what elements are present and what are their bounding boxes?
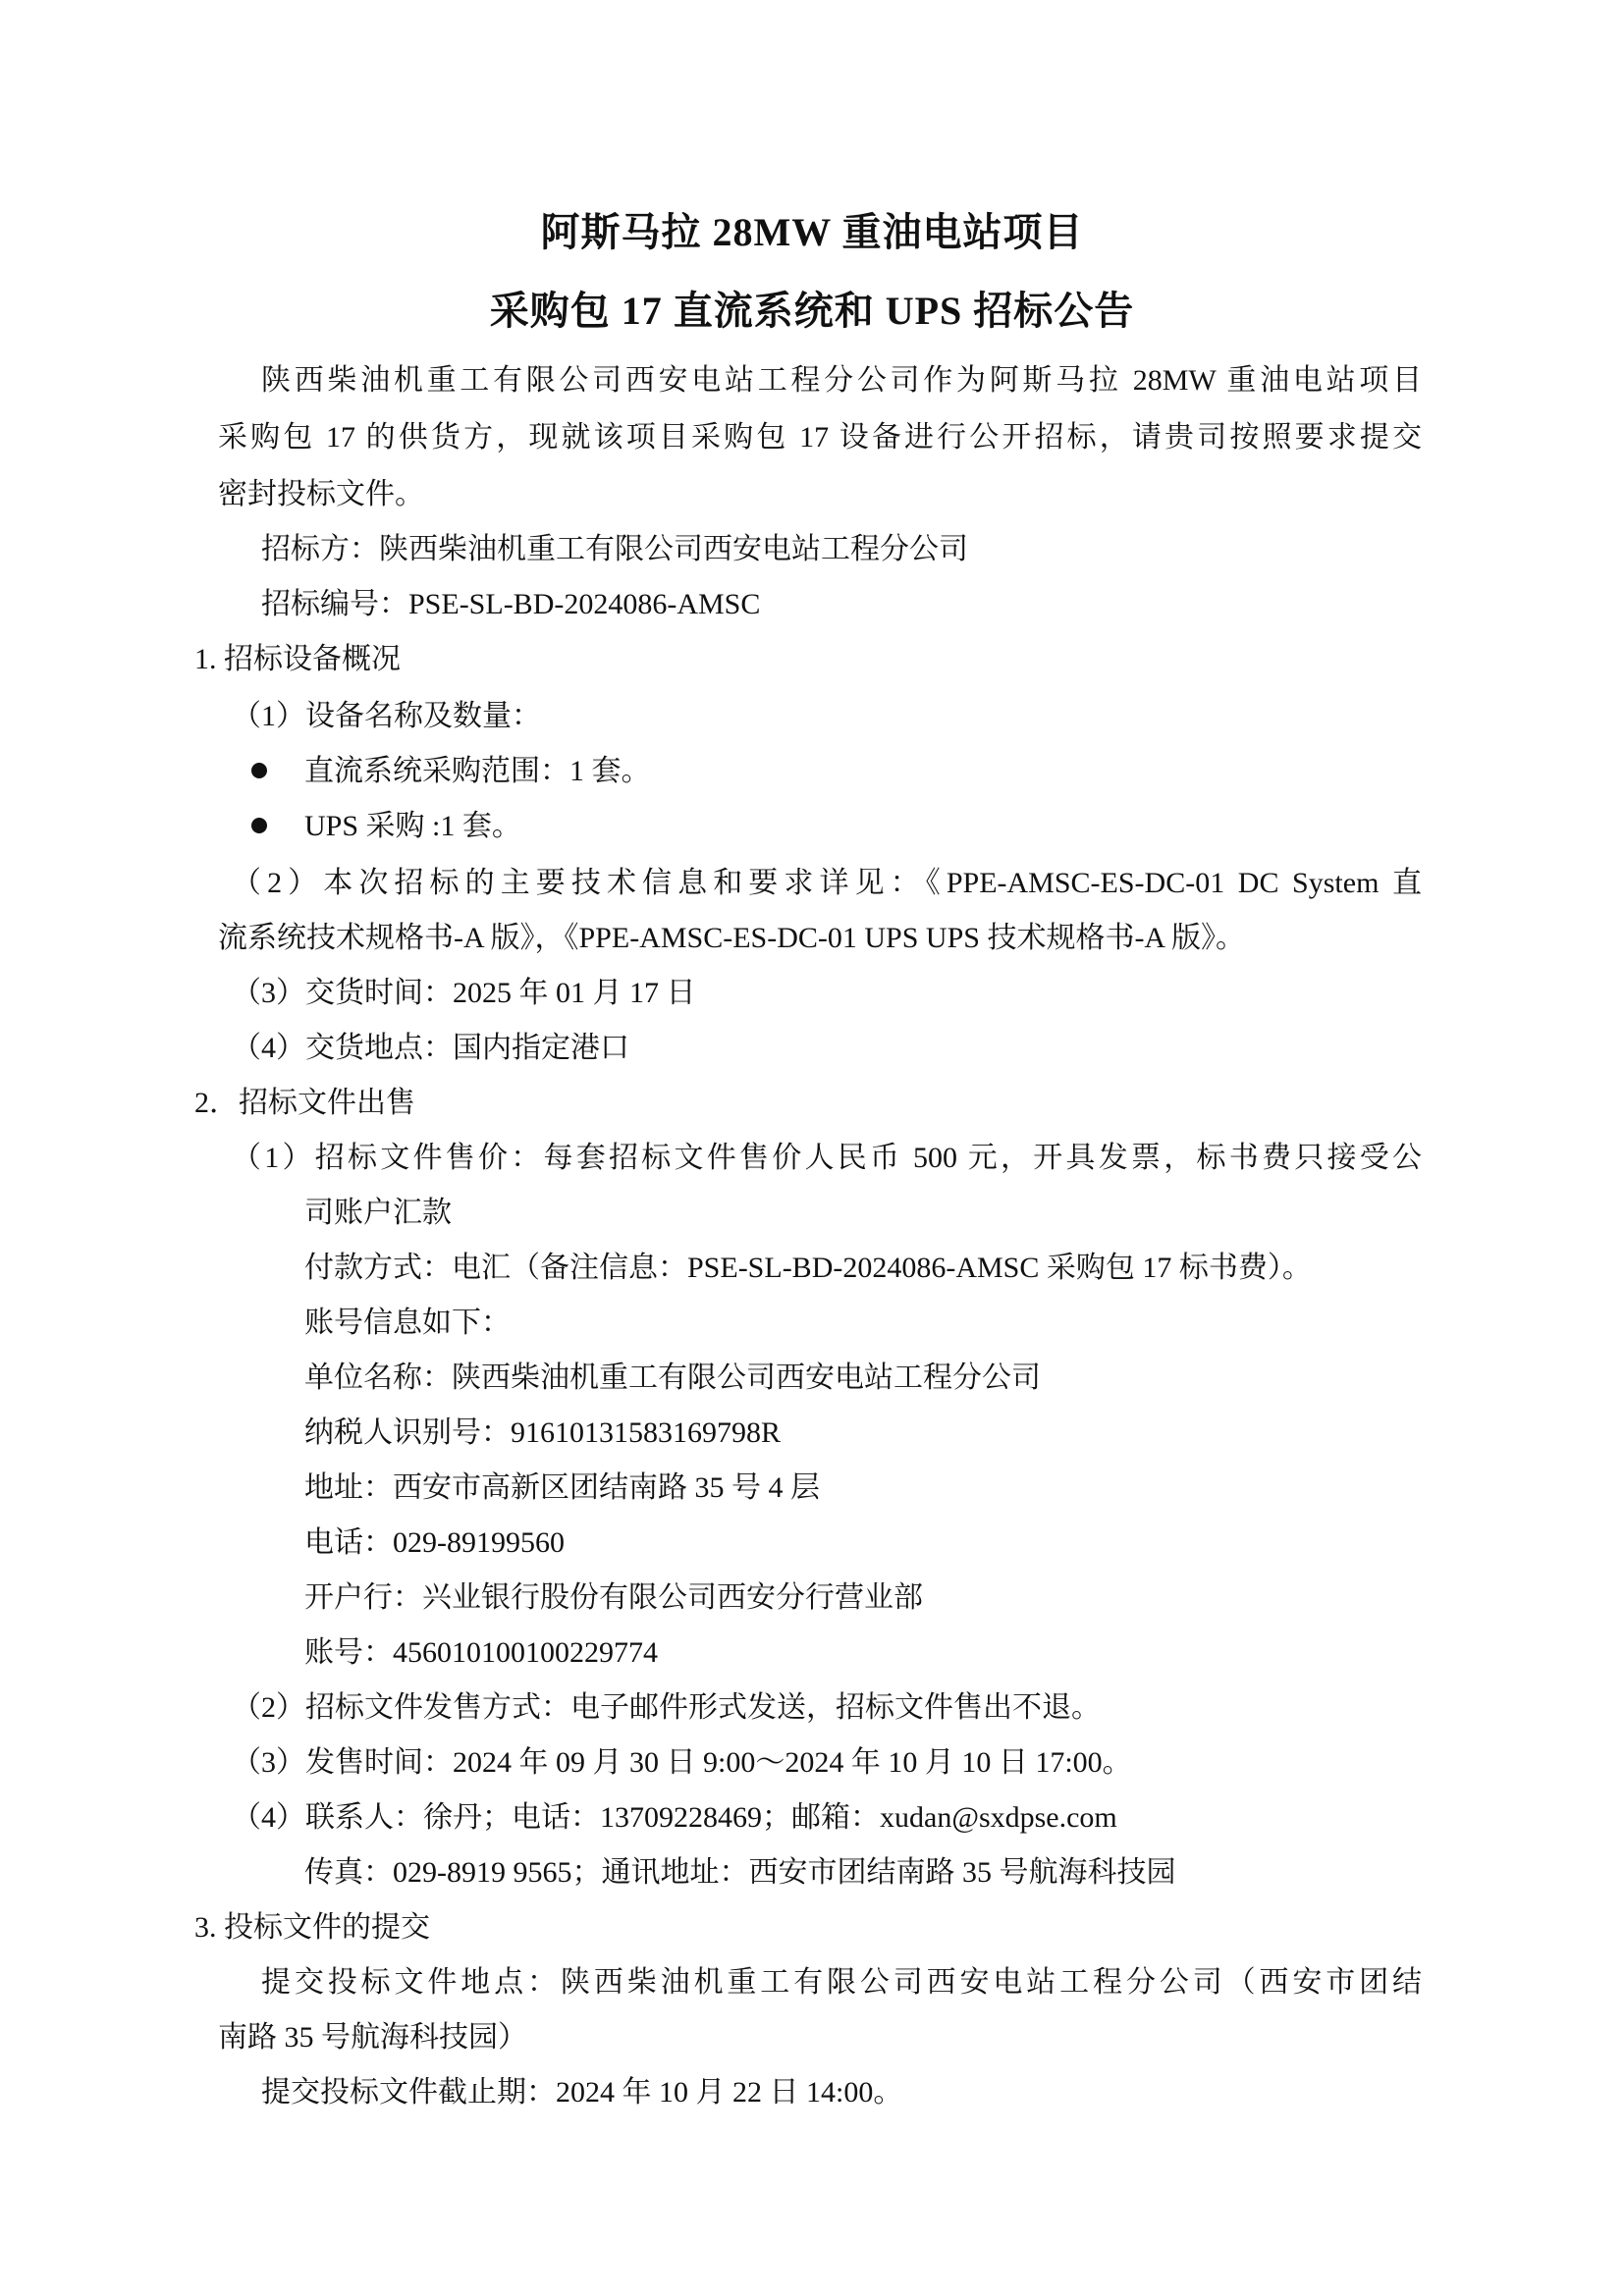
account-address: 地址：西安市高新区团结南路 35 号 4 层 (304, 1468, 820, 1508)
account-number: 账号：456010100100229774 (304, 1633, 658, 1673)
tenderer: 招标方：陕西柴油机重工有限公司西安电站工程分公司 (261, 530, 968, 569)
account-phone: 电话：029-89199560 (304, 1523, 565, 1563)
section2-item3-sale-time: （3）发售时间：2024 年 09 月 30 日 9:00～2024 年 10 … (232, 1743, 1132, 1783)
bullet-text: UPS 采购 :1 套。 (304, 810, 521, 842)
intro-paragraph-line3: 密封投标文件。 (218, 475, 424, 514)
section1-heading: 1. 招标设备概况 (194, 640, 401, 679)
section1-item3-delivery-time: （3）交货时间：2025 年 01 月 17 日 (232, 974, 696, 1013)
bullet-item-ups: UPS 采购 :1 套。 (251, 807, 521, 846)
submission-location-line1: 提交投标文件地点：陕西柴油机重工有限公司西安电站工程分公司（西安市团结 (261, 1963, 1422, 2002)
submission-deadline: 提交投标文件截止期：2024 年 10 月 22 日 14:00。 (261, 2073, 902, 2112)
section3-heading: 3. 投标文件的提交 (194, 1908, 430, 1948)
document-title-line1: 阿斯马拉 28MW 重油电站项目 (0, 201, 1624, 257)
payment-method: 付款方式：电汇（备注信息：PSE-SL-BD-2024086-AMSC 采购包 … (304, 1249, 1312, 1288)
section2-item2-sale-method: （2）招标文件发售方式：电子邮件形式发送，招标文件售出不退。 (232, 1688, 1101, 1728)
section1-item4-delivery-place: （4）交货地点：国内指定港口 (232, 1029, 629, 1068)
section1-item2-line2: 流系统技术规格书-A 版》，《PPE-AMSC-ES-DC-01 UPS UPS… (218, 919, 1245, 958)
account-tax-id: 纳税人识别号：91610131583169798R (304, 1414, 781, 1453)
account-company-name: 单位名称：陕西柴油机重工有限公司西安电站工程分公司 (304, 1359, 1041, 1398)
section2-item4-fax-address: 传真：029-8919 9565；通讯地址：西安市团结南路 35 号航海科技园 (304, 1853, 1176, 1893)
section2-item1-line2: 司账户汇款 (304, 1194, 452, 1233)
document-page: 阿斯马拉 28MW 重油电站项目 采购包 17 直流系统和 UPS 招标公告 陕… (0, 0, 1624, 2296)
bullet-icon (251, 763, 267, 778)
account-info-header: 账号信息如下： (304, 1304, 511, 1343)
section2-item1-line1: （1）招标文件售价：每套招标文件售价人民币 500 元，开具发票，标书费只接受公 (232, 1139, 1422, 1178)
section2-heading: 2．招标文件出售 (194, 1084, 415, 1123)
intro-paragraph-line1: 陕西柴油机重工有限公司西安电站工程分公司作为阿斯马拉 28MW 重油电站项目 (261, 361, 1422, 400)
submission-location-line2: 南路 35 号航海科技园） (218, 2018, 527, 2057)
section1-item1: （1）设备名称及数量： (232, 697, 541, 736)
section1-item2-line1: （2）本次招标的主要技术信息和要求详见：《PPE-AMSC-ES-DC-01 D… (232, 864, 1422, 903)
intro-paragraph-line2: 采购包 17 的供货方，现就该项目采购包 17 设备进行公开招标，请贵司按照要求… (218, 418, 1422, 457)
bullet-icon (251, 818, 267, 833)
bullet-item-dc-system: 直流系统采购范围：1 套。 (251, 752, 651, 791)
section2-item4-contact: （4）联系人：徐丹；电话：13709228469；邮箱：xudan@sxdpse… (232, 1798, 1117, 1838)
bullet-text: 直流系统采购范围：1 套。 (304, 755, 651, 787)
document-title-line2: 采购包 17 直流系统和 UPS 招标公告 (0, 280, 1624, 336)
account-bank: 开户行：兴业银行股份有限公司西安分行营业部 (304, 1578, 923, 1618)
tender-number: 招标编号：PSE-SL-BD-2024086-AMSC (261, 585, 760, 624)
